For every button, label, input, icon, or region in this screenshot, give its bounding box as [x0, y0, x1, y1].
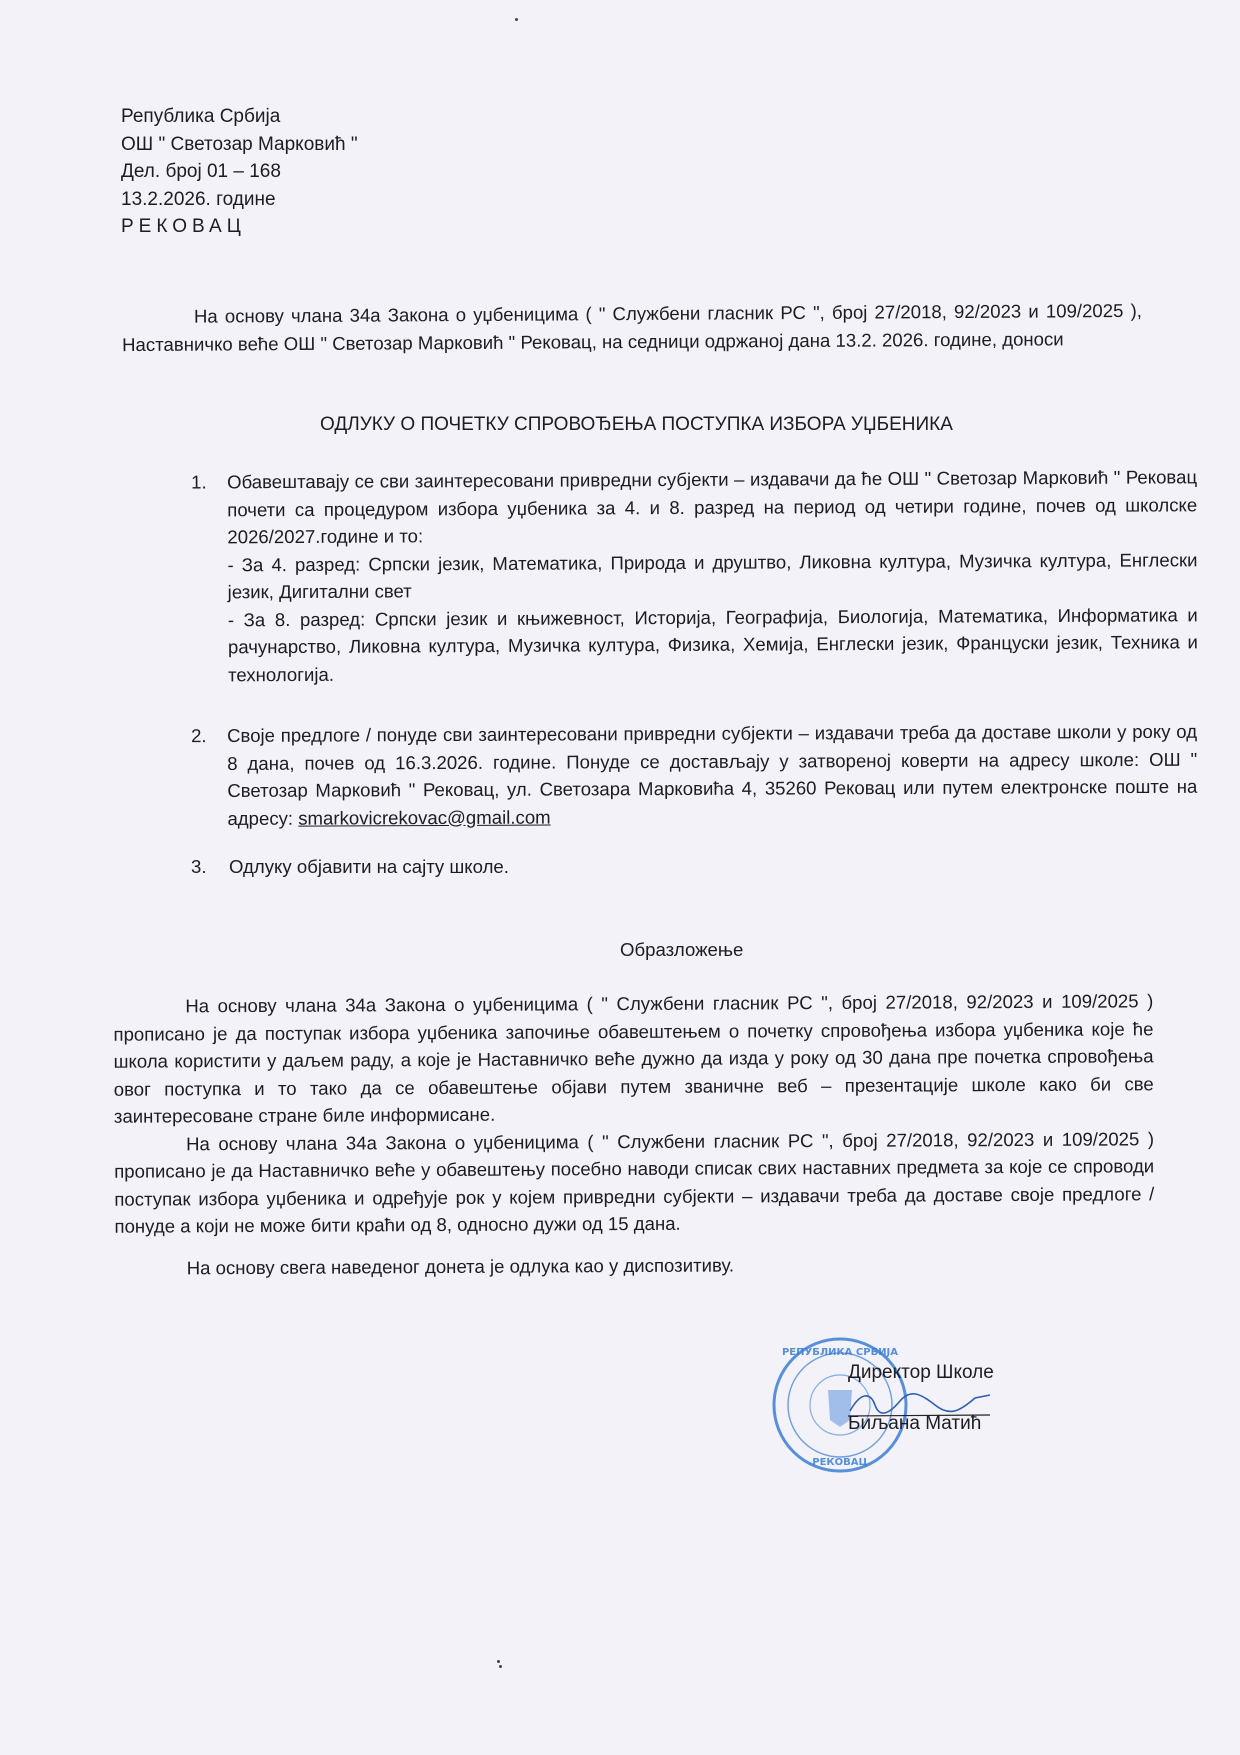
decision-item-1: 1. Обавештавају се сви заинтересовани пр…	[191, 463, 1161, 468]
item-text: Обавештавају се сви заинтересовани привр…	[227, 463, 1197, 551]
reasoning-paragraph-2: На основу члана 34а Закона о уџбеницима …	[114, 1125, 1155, 1240]
scan-speck	[499, 1665, 502, 1668]
decision-item-2: 2. Своје предлоге / понуде сви заинтерес…	[191, 718, 1161, 722]
scan-speck	[497, 1660, 500, 1663]
document-header: Република Србија ОШ " Светозар Марковић …	[121, 103, 358, 241]
item-number: 2.	[191, 722, 207, 750]
header-city: РЕКОВАЦ	[121, 213, 358, 241]
grade-8-subjects: - За 8. разред: Српски језик и књижевнос…	[228, 601, 1198, 689]
header-country: Република Србија	[121, 103, 358, 131]
decision-title: ОДЛУКУ О ПОЧЕТКУ СПРОВОЂЕЊА ПОСТУПКА ИЗБ…	[320, 414, 953, 436]
item-number: 1.	[191, 468, 207, 496]
header-date: 13.2.2026. године	[121, 186, 358, 214]
svg-text:РЕПУБЛИКА СРБИЈА: РЕПУБЛИКА СРБИЈА	[782, 1347, 898, 1358]
document-page: Република Србија ОШ " Светозар Марковић …	[0, 0, 1240, 1755]
reasoning-body: На основу члана 34а Закона о уџбеницима …	[113, 987, 1154, 1281]
signature-block: РЕПУБЛИКА СРБИЈА РЕКОВАЦ Директор Школе …	[760, 1325, 1060, 1485]
header-reference-number: Дел. број 01 – 168	[121, 158, 358, 186]
email-link[interactable]: smarkovicrekovac@gmail.com	[298, 806, 550, 828]
signature-title: Директор Школе	[848, 1362, 994, 1384]
reasoning-paragraph-1: На основу члана 34а Закона о уџбеницима …	[113, 987, 1154, 1130]
header-school: ОШ " Светозар Марковић "	[121, 131, 358, 159]
item-text: Одлуку објавити на сајту школе.	[229, 856, 509, 877]
signature-name: Биљана Матић	[848, 1413, 981, 1435]
svg-text:РЕКОВАЦ: РЕКОВАЦ	[812, 1457, 867, 1468]
grade-4-subjects: - За 4. разред: Српски језик, Математика…	[227, 546, 1197, 606]
scan-speck	[515, 18, 518, 21]
reasoning-paragraph-3: На основу свега наведеног донета је одлу…	[115, 1249, 1155, 1282]
reasoning-title: Образложење	[620, 939, 743, 961]
intro-paragraph: На основу члана 34а Закона о уџбеницима …	[122, 297, 1142, 358]
item-number: 3.	[191, 853, 207, 881]
